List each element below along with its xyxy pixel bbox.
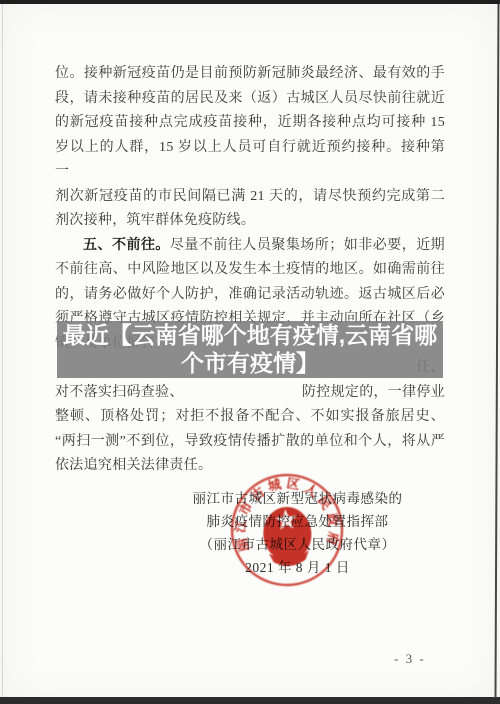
fragment-left: 对不落实扫码查验、: [55, 381, 184, 406]
doc-line: 岁以上的人群，15 岁以上人员可自行就近预约接种。接种第一: [55, 136, 445, 185]
photo-edge-bottom: [0, 697, 500, 704]
doc-line: “两扫一测”不到位，导致疫情传播扩散的单位和个人，将从严: [55, 430, 445, 455]
doc-line: 段，请未接种疫苗的居民及来（返）古城区人员尽快前往就近: [55, 87, 445, 112]
doc-line: 整顿、顶格处罚；对拒不报备不配合、不如实报备旅居史、: [55, 405, 445, 430]
official-seal: 丽江市古城区人民政府: [206, 449, 369, 612]
overlay-title-banner: 最近【云南省哪个地有疫情,云南省哪 个市有疫情】: [57, 321, 443, 378]
doc-line: 位。接种新冠疫苗仍是目前预防新冠肺炎最经济、最有效的手: [55, 62, 445, 87]
document-text-block: 位。接种新冠疫苗仍是目前预防新冠肺炎最经济、最有效的手 段，请未接种疫苗的居民及…: [55, 62, 445, 479]
photo-edge-top: [0, 0, 500, 4]
doc-line: 剂次接种，筑牢群体免疫防线。: [55, 209, 445, 234]
seal-emblem: [261, 505, 314, 568]
doc-line: 的新冠疫苗接种点完成疫苗接种，近期各接种点均可接种 15: [55, 111, 445, 136]
section5-heading: 五、不前往。: [83, 238, 170, 253]
photo-edge-left: [2, 4, 3, 697]
fragment-right: 防控规定的，一律停业: [302, 381, 445, 406]
doc-line: 剂次新冠疫苗的市民间隔已满 21 天的，请尽快预约完成第二: [55, 185, 445, 210]
photo-edge-right: [494, 4, 499, 698]
overlay-title-line1: 最近【云南省哪个地有疫情,云南省哪: [57, 322, 443, 350]
doc-line: 不前往高、中风险地区以及发生本土疫情的地区。如确需前往: [55, 258, 445, 283]
section5-first-line-text: 尽量不前往人员聚集场所；如非必要，近期: [170, 238, 445, 253]
overlay-title-line2: 个市有疫情】: [57, 350, 443, 378]
doc-line: 的，请务必做好个人防护，准确记录活动轨迹。返古城区后必: [55, 283, 445, 308]
doc-line-section5-start: 五、不前往。尽量不前往人员聚集场所；如非必要，近期: [55, 234, 445, 259]
doc-line-partially-hidden: 对不落实扫码查验、防控规定的，一律停业: [55, 381, 445, 406]
page-number: - 3 -: [394, 651, 426, 667]
